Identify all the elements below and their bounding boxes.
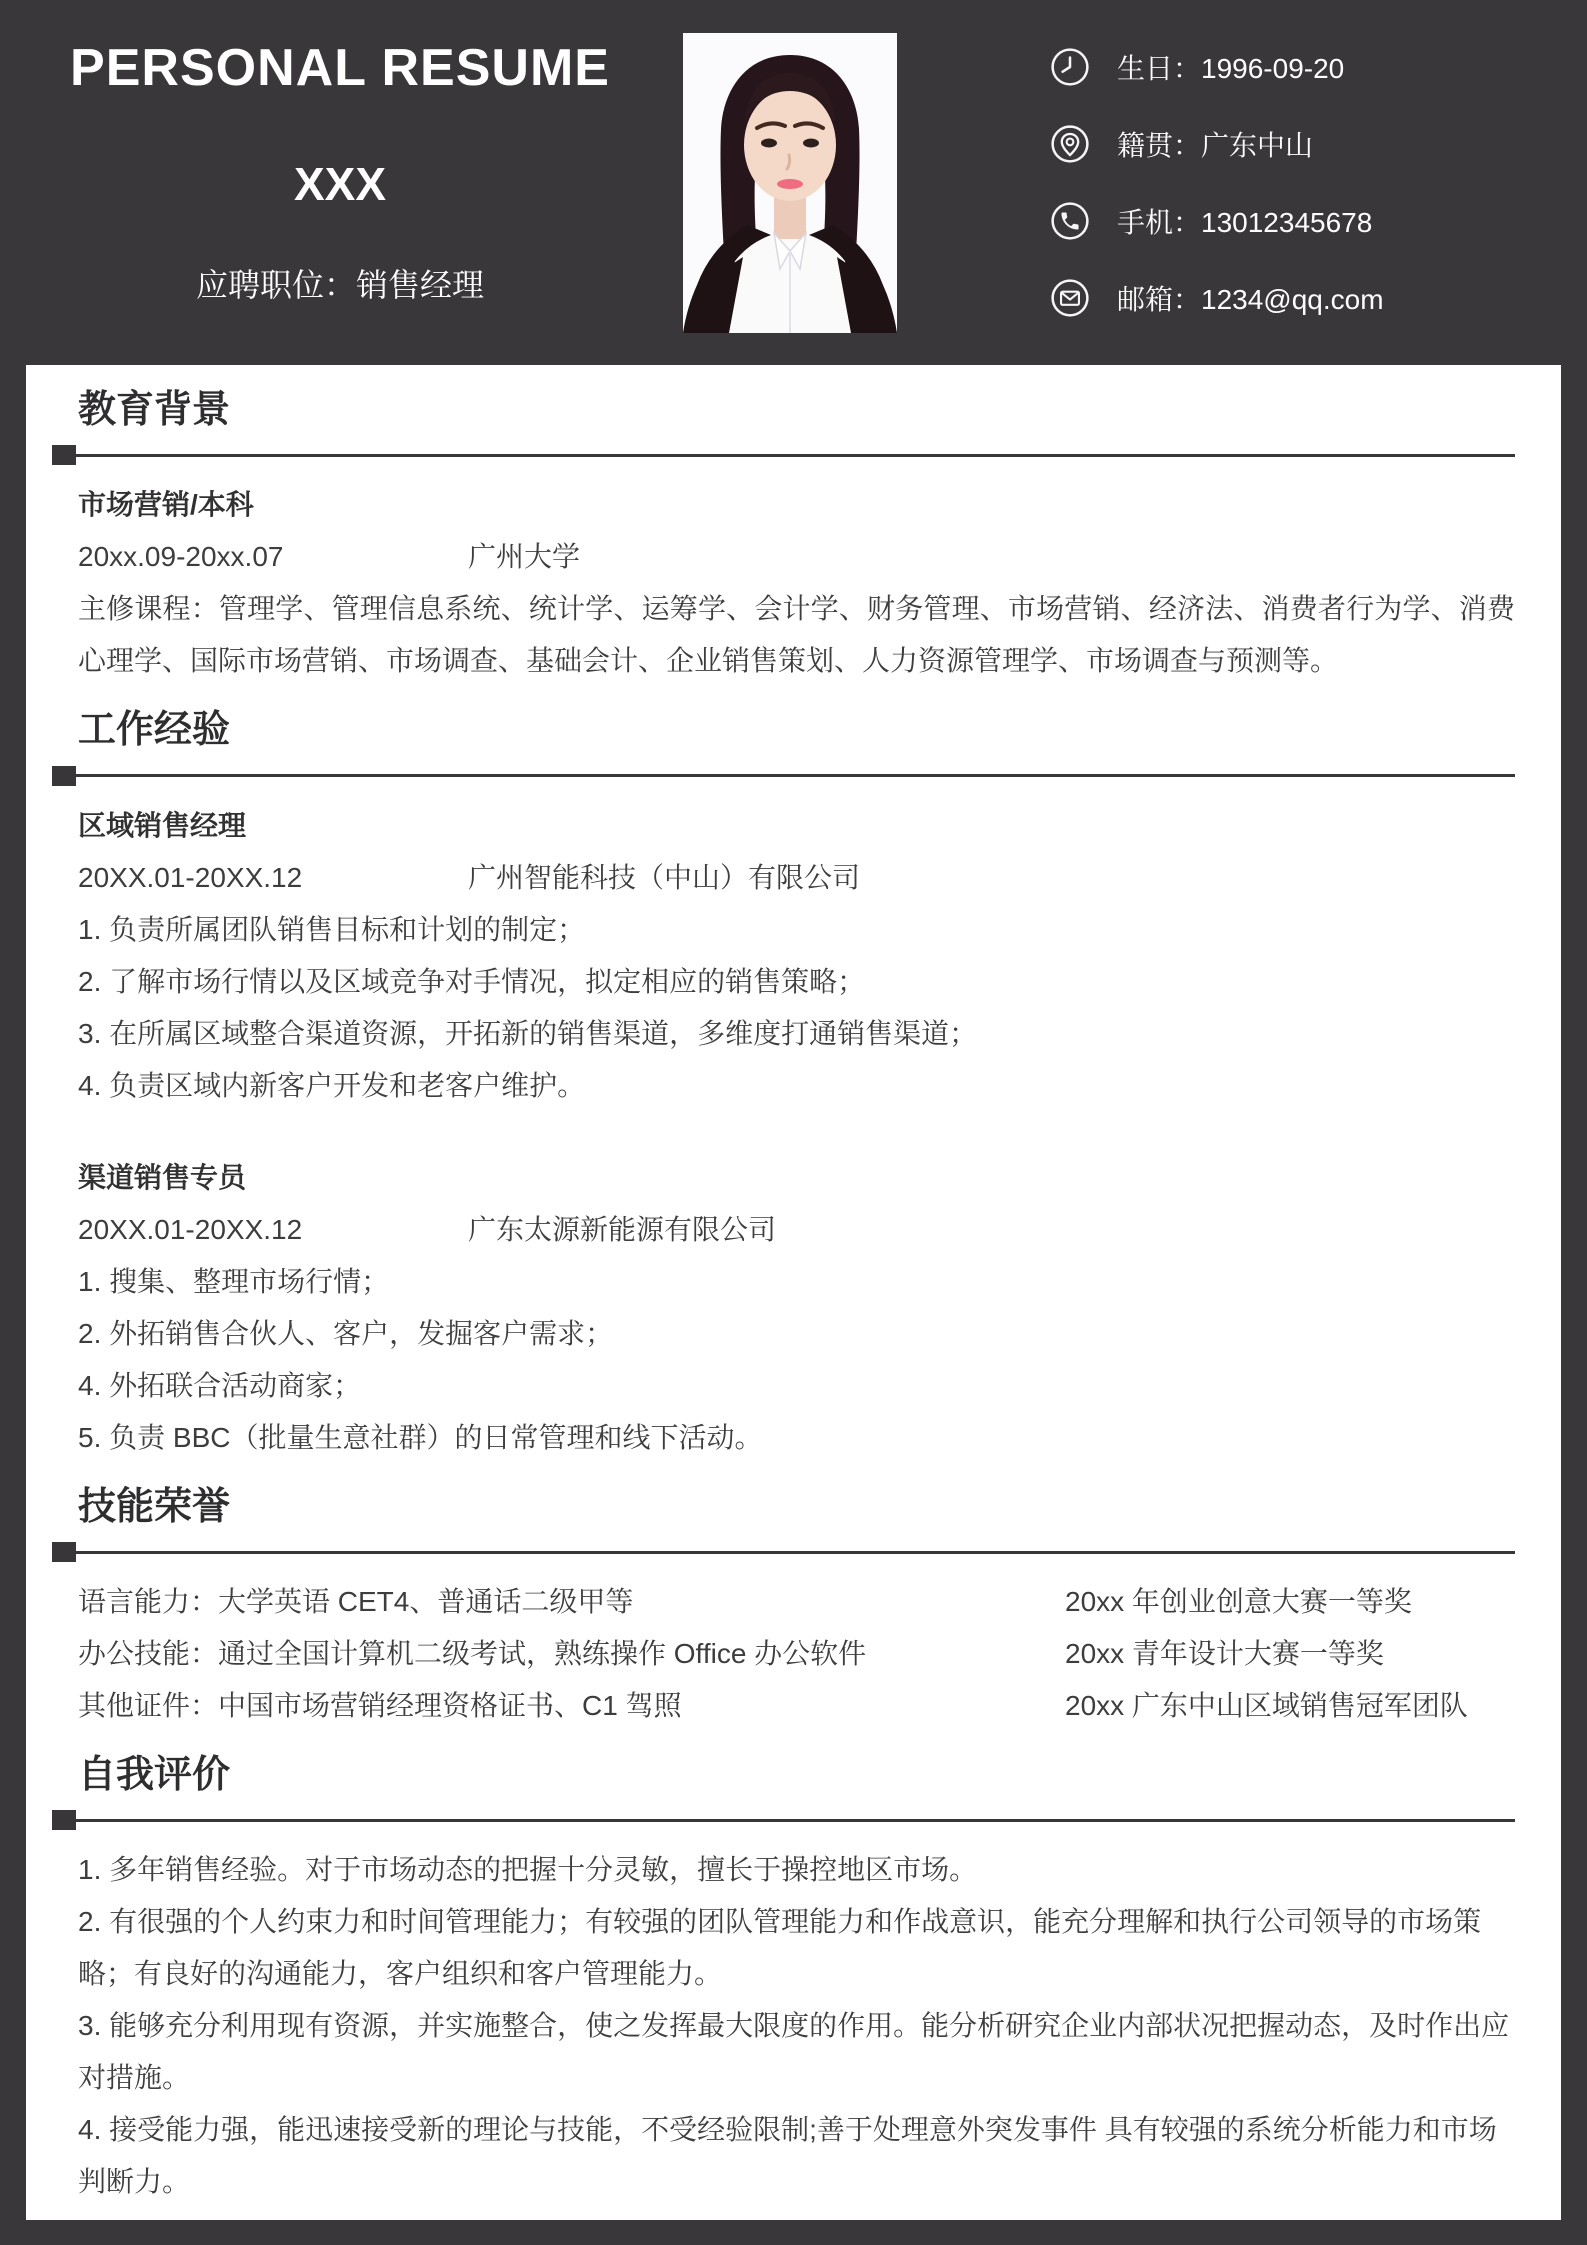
divider-line [76, 454, 1515, 457]
location-icon [1050, 124, 1090, 164]
education-courses: 主修课程：管理学、管理信息系统、统计学、运筹学、会计学、财务管理、市场营销、经济… [78, 583, 1515, 687]
evaluation-item: 4. 接受能力强，能迅速接受新的理论与技能，不受经验限制;善于处理意外突发事件 … [78, 2104, 1515, 2208]
contact-value: 广东中山 [1201, 130, 1313, 161]
contact-label: 生日： [1117, 53, 1201, 84]
contact-row-phone: 手机：13012345678 [1050, 200, 1384, 242]
applied-position: 应聘职位：销售经理 [40, 266, 640, 304]
education-school: 广州大学 [468, 531, 580, 583]
job-duty: 1. 搜集、整理市场行情； [78, 1256, 1515, 1308]
contact-label: 手机： [1117, 207, 1201, 238]
divider-square [52, 1542, 76, 1562]
header-identity: PERSONAL RESUME XXX 应聘职位：销售经理 [40, 40, 640, 304]
section-title-evaluation: 自我评价 [78, 1752, 1515, 1798]
contact-phone: 手机：13012345678 [1117, 201, 1372, 241]
clock-icon [1050, 47, 1090, 87]
contact-list: 生日：1996-09-20 籍贯：广东中山 手机：13012345678 邮 [1050, 46, 1384, 354]
honor-item: 20xx 广东中山区域销售冠军团队 [1065, 1680, 1515, 1732]
evaluation-item: 2. 有很强的个人约束力和时间管理能力；有较强的团队管理能力和作战意识，能充分理… [78, 1896, 1515, 2000]
contact-row-email: 邮箱：1234@qq.com [1050, 277, 1384, 319]
resume-body-panel: 教育背景 市场营销/本科 20xx.09-20xx.07 广州大学 主修课程：管… [26, 365, 1561, 2220]
section-title-skills: 技能荣誉 [78, 1484, 1515, 1530]
section-divider [52, 1810, 1515, 1830]
divider-square [52, 766, 76, 786]
job-date-row: 20XX.01-20XX.12 广东太源新能源有限公司 [78, 1204, 1515, 1256]
contact-value: 1234@qq.com [1201, 284, 1384, 315]
job-company: 广东太源新能源有限公司 [468, 1204, 776, 1256]
divider-square [52, 445, 76, 465]
job-duty: 5. 负责 BBC（批量生意社群）的日常管理和线下活动。 [78, 1412, 1515, 1464]
phone-icon [1050, 201, 1090, 241]
contact-email: 邮箱：1234@qq.com [1117, 278, 1384, 318]
job-role: 渠道销售专员 [78, 1152, 1515, 1204]
section-title-work: 工作经验 [78, 707, 1515, 753]
divider-line [76, 1551, 1515, 1554]
job-entry: 渠道销售专员 20XX.01-20XX.12 广东太源新能源有限公司 1. 搜集… [78, 1152, 1515, 1464]
honor-item: 20xx 青年设计大赛一等奖 [1065, 1628, 1515, 1680]
job-date: 20XX.01-20XX.12 [78, 852, 468, 904]
divider-line [76, 1819, 1515, 1822]
education-major: 市场营销/本科 [78, 479, 1515, 531]
education-date: 20xx.09-20xx.07 [78, 531, 468, 583]
profile-photo [683, 33, 897, 333]
profile-photo-illustration [683, 33, 897, 333]
section-divider [52, 1542, 1515, 1562]
divider-line [76, 774, 1515, 777]
job-entry: 区域销售经理 20XX.01-20XX.12 广州智能科技（中山）有限公司 1.… [78, 800, 1515, 1112]
job-duty: 2. 外拓销售合伙人、客户，发掘客户需求； [78, 1308, 1515, 1360]
contact-value: 1996-09-20 [1201, 53, 1344, 84]
contact-value: 13012345678 [1201, 207, 1372, 238]
job-duty: 4. 外拓联合活动商家； [78, 1360, 1515, 1412]
candidate-name: XXX [40, 159, 640, 210]
section-divider [52, 766, 1515, 786]
contact-hometown: 籍贯：广东中山 [1117, 124, 1313, 164]
contact-birthday: 生日：1996-09-20 [1117, 47, 1344, 87]
job-date: 20XX.01-20XX.12 [78, 1204, 468, 1256]
divider-square [52, 1810, 76, 1830]
job-duty: 3. 在所属区域整合渠道资源，开拓新的销售渠道，多维度打通销售渠道； [78, 1008, 1515, 1060]
evaluation-item: 1. 多年销售经验。对于市场动态的把握十分灵敏，擅长于操控地区市场。 [78, 1844, 1515, 1896]
skill-item: 语言能力：大学英语 CET4、普通话二级甲等 [78, 1576, 1045, 1628]
skills-grid: 语言能力：大学英语 CET4、普通话二级甲等 20xx 年创业创意大赛一等奖 办… [78, 1576, 1515, 1732]
skill-item: 办公技能：通过全国计算机二级考试，熟练操作 Office 办公软件 [78, 1628, 1045, 1680]
job-duty: 1. 负责所属团队销售目标和计划的制定； [78, 904, 1515, 956]
resume-title: PERSONAL RESUME [40, 40, 640, 97]
evaluation-item: 3. 能够充分利用现有资源，并实施整合，使之发挥最大限度的作用。能分析研究企业内… [78, 2000, 1515, 2104]
mail-icon [1050, 278, 1090, 318]
job-role: 区域销售经理 [78, 800, 1515, 852]
section-divider [52, 445, 1515, 465]
section-title-education: 教育背景 [78, 387, 1515, 433]
honor-item: 20xx 年创业创意大赛一等奖 [1065, 1576, 1515, 1628]
resume-page: PERSONAL RESUME XXX 应聘职位：销售经理 [0, 0, 1587, 2245]
contact-label: 籍贯： [1117, 130, 1201, 161]
education-date-row: 20xx.09-20xx.07 广州大学 [78, 531, 1515, 583]
contact-label: 邮箱： [1117, 284, 1201, 315]
job-duty: 2. 了解市场行情以及区域竞争对手情况，拟定相应的销售策略； [78, 956, 1515, 1008]
skill-item: 其他证件：中国市场营销经理资格证书、C1 驾照 [78, 1680, 1045, 1732]
job-duty: 4. 负责区域内新客户开发和老客户维护。 [78, 1060, 1515, 1112]
contact-row-birthday: 生日：1996-09-20 [1050, 46, 1384, 88]
contact-row-hometown: 籍贯：广东中山 [1050, 123, 1384, 165]
job-date-row: 20XX.01-20XX.12 广州智能科技（中山）有限公司 [78, 852, 1515, 904]
job-company: 广州智能科技（中山）有限公司 [468, 852, 860, 904]
